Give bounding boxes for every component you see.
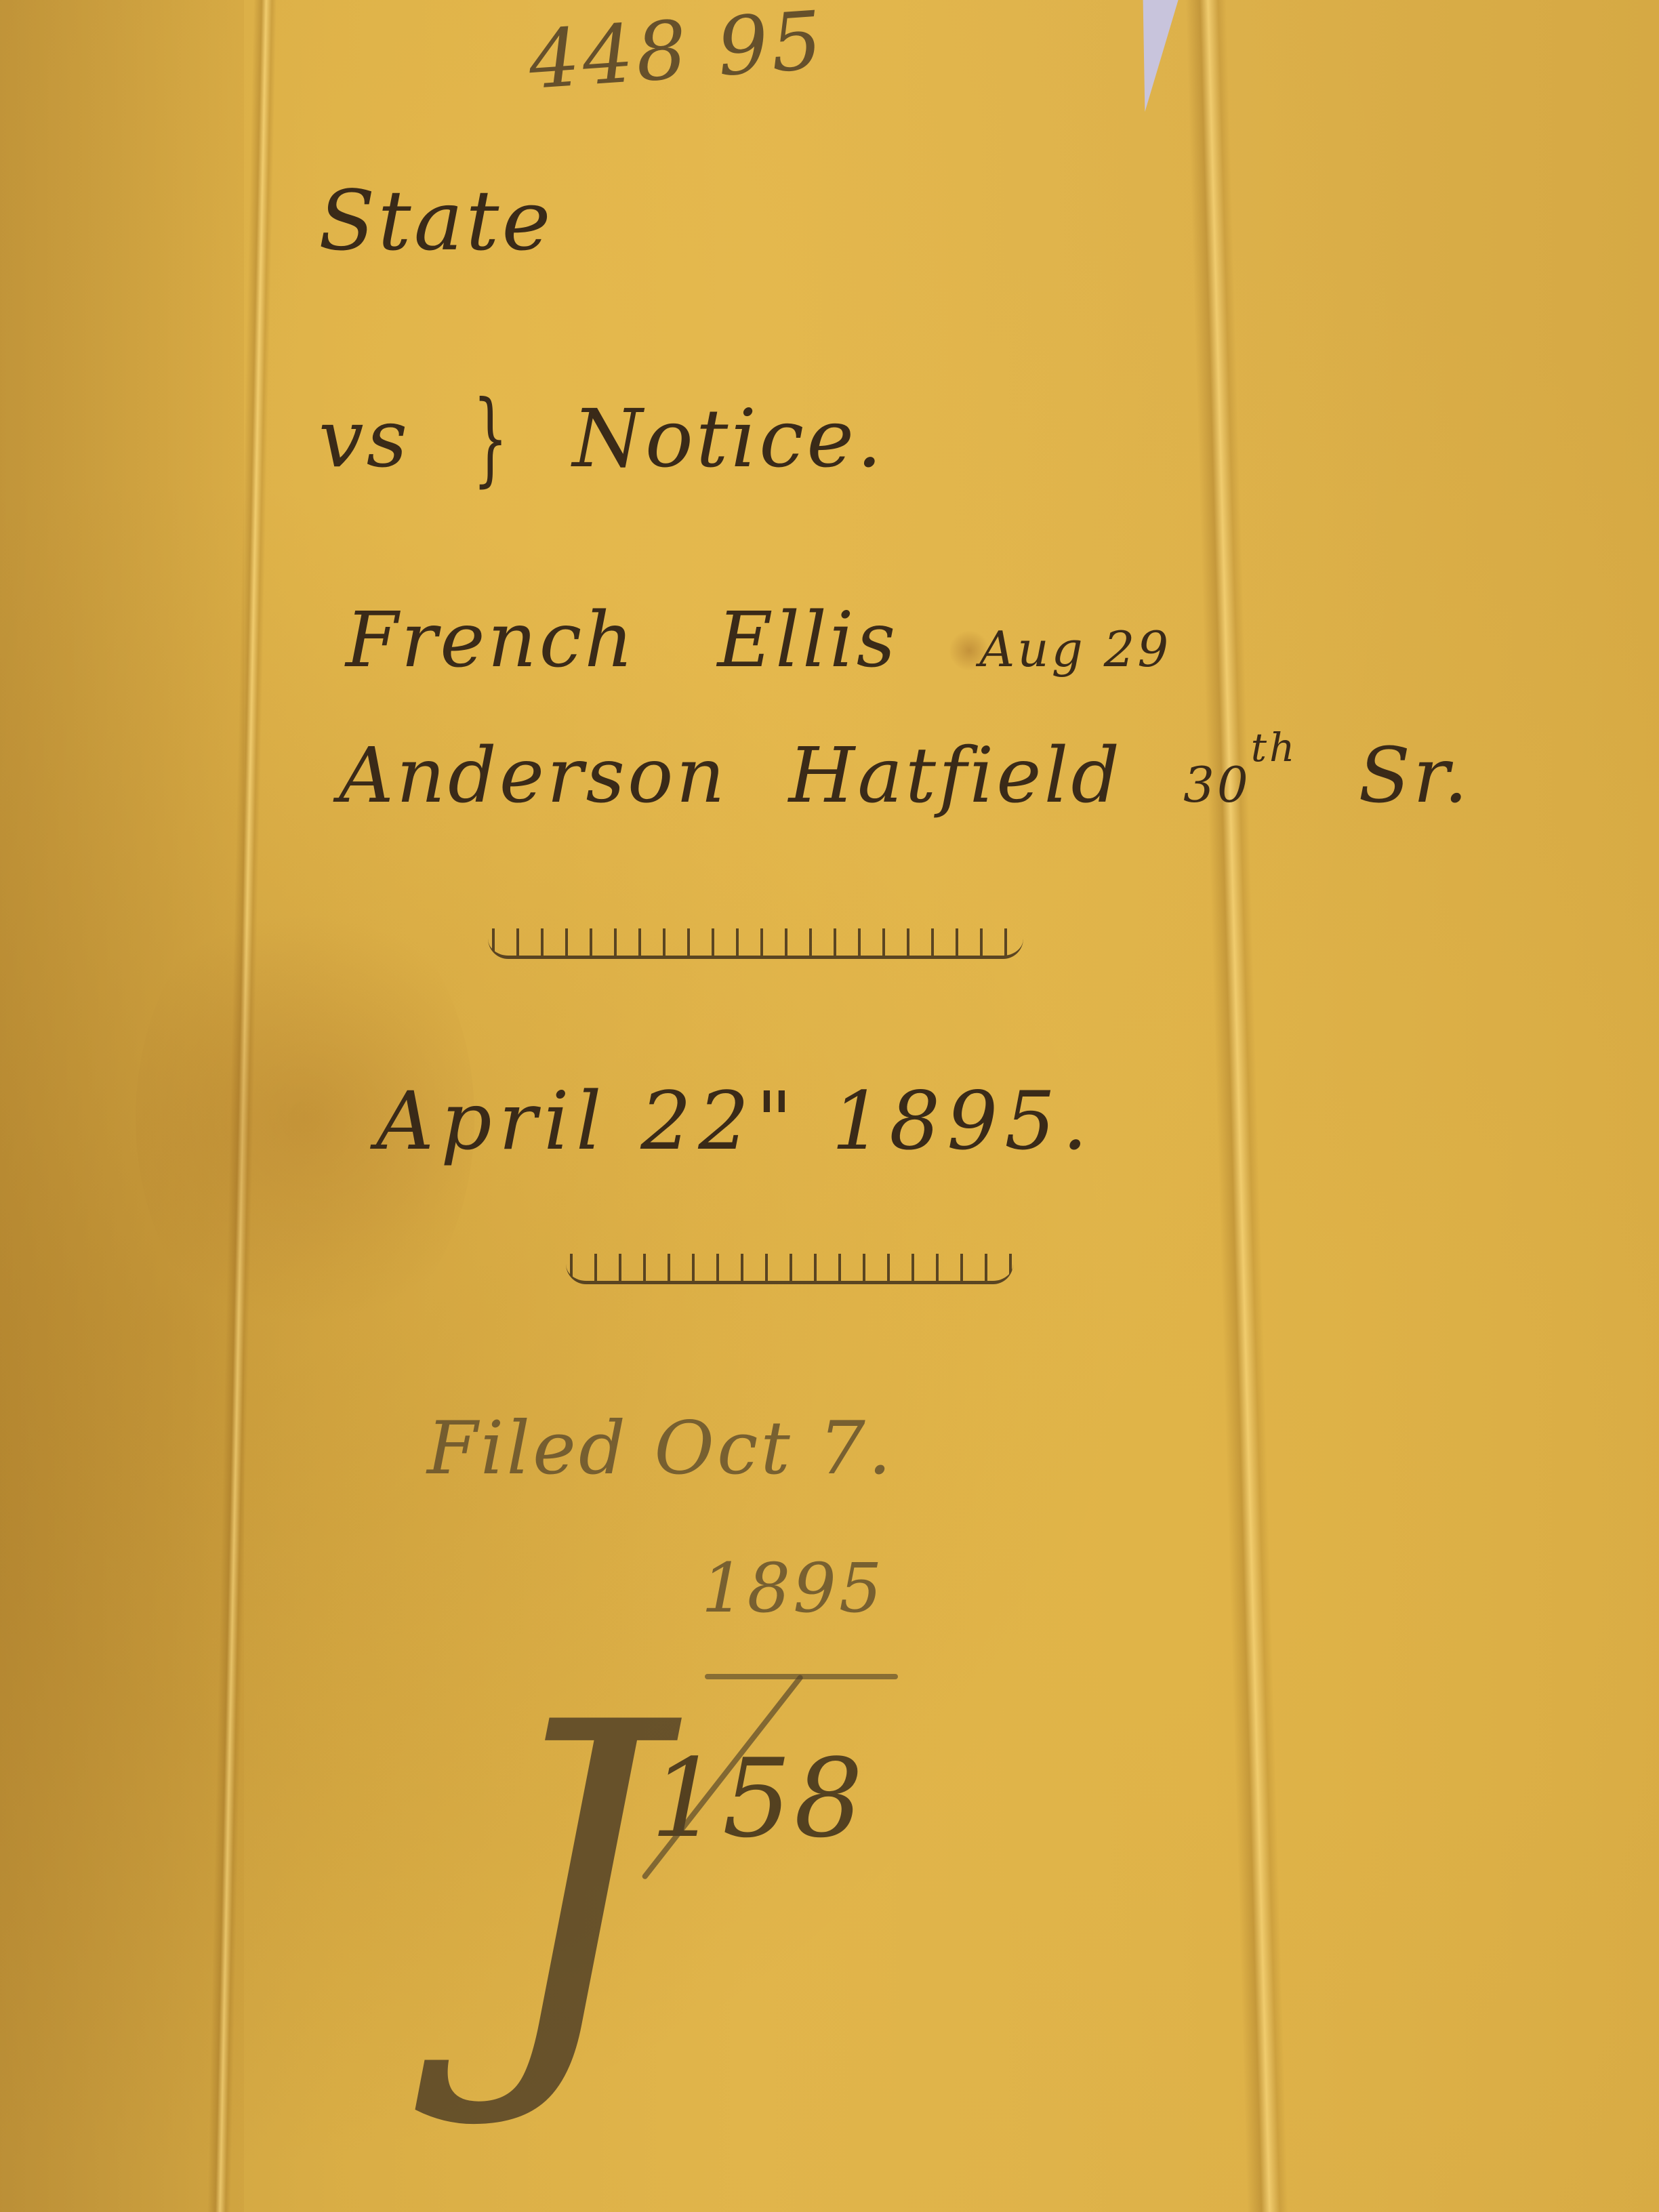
filed-year: 1895 <box>701 1549 885 1628</box>
docket-letter-mark: J <box>488 1667 662 2101</box>
versus-line: vs } Notice. <box>319 380 885 497</box>
defendant-last-name: Ellis <box>718 596 899 684</box>
defendant-line-1: French Ellis Aug 29 <box>346 596 1171 684</box>
document-date: April 22" 1895. <box>376 1074 1094 1168</box>
defendant-note-number: 30 <box>1183 756 1251 813</box>
defendant-note: 30th <box>1183 756 1297 813</box>
defendant-note-superscript: th <box>1251 724 1298 771</box>
defendant-note: Aug 29 <box>979 621 1171 678</box>
filed-label: Filed Oct 7. <box>427 1406 894 1491</box>
defendant-line-2: Anderson Hatfield 30th Sr. <box>339 732 1471 820</box>
brace-mark: } <box>473 380 510 497</box>
flourish-divider <box>488 928 1023 959</box>
defendant-first-name: French <box>346 596 636 684</box>
defendant-first-name: Anderson <box>339 732 728 820</box>
docket-number: 158 <box>651 1735 865 1862</box>
vs-label: vs <box>319 392 410 485</box>
defendant-last-name: Hatfield <box>789 732 1123 820</box>
defendant-suffix: Sr. <box>1358 732 1471 820</box>
action-label: Notice. <box>573 392 885 485</box>
flourish-divider <box>566 1254 1013 1284</box>
case-title-state: State <box>319 173 554 269</box>
